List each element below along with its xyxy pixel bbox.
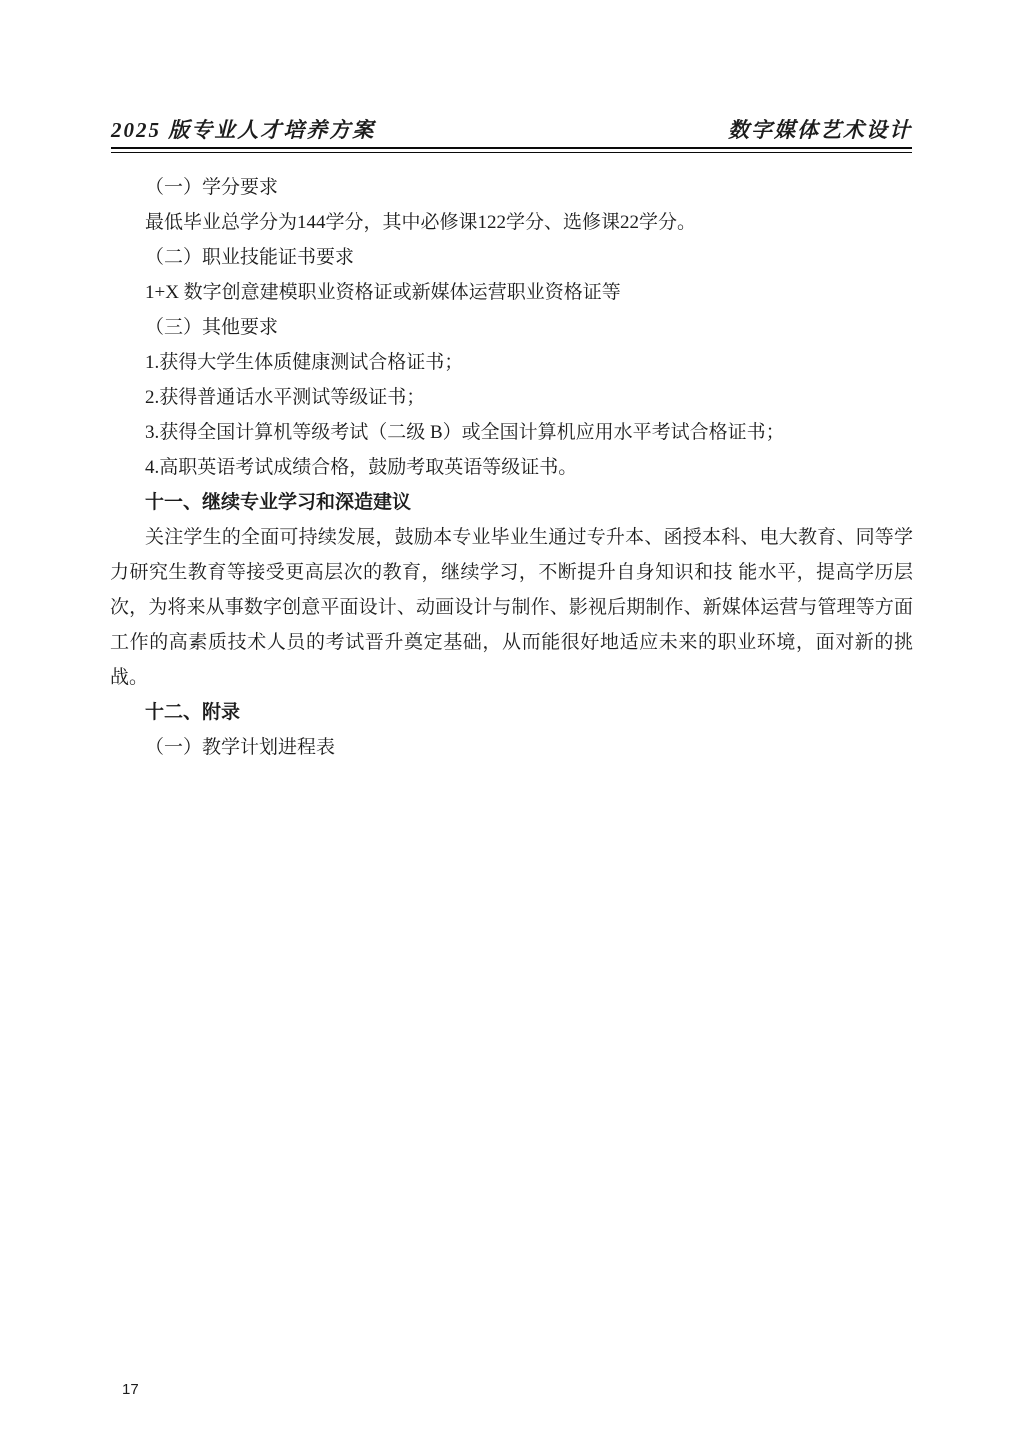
page-header: 2025 版专业人才培养方案 数字媒体艺术设计 bbox=[111, 114, 912, 144]
paragraph: 1+X 数字创意建模职业资格证或新媒体运营职业资格证等 bbox=[110, 275, 913, 310]
section-subheading: （二）职业技能证书要求 bbox=[110, 240, 913, 275]
list-item: 4.高职英语考试成绩合格，鼓励考取英语等级证书。 bbox=[110, 450, 913, 485]
header-right-title: 数字媒体艺术设计 bbox=[728, 114, 912, 144]
section-subheading: （一）教学计划进程表 bbox=[110, 730, 913, 765]
section-subheading: （一）学分要求 bbox=[110, 170, 913, 205]
list-item: 1.获得大学生体质健康测试合格证书； bbox=[110, 345, 913, 380]
paragraph: 关注学生的全面可持续发展，鼓励本专业毕业生通过专升本、函授本科、电大教育、同等学… bbox=[110, 520, 913, 695]
header-left-title: 2025 版专业人才培养方案 bbox=[111, 114, 375, 144]
paragraph: 最低毕业总学分为144学分，其中必修课122学分、选修课22学分。 bbox=[110, 205, 913, 240]
section-subheading: （三）其他要求 bbox=[110, 310, 913, 345]
page-number: 17 bbox=[122, 1381, 139, 1398]
document-page: 2025 版专业人才培养方案 数字媒体艺术设计 （一）学分要求 最低毕业总学分为… bbox=[0, 0, 1024, 1448]
list-item: 3.获得全国计算机等级考试（二级 B）或全国计算机应用水平考试合格证书； bbox=[110, 415, 913, 450]
header-divider-rule bbox=[111, 147, 912, 153]
section-heading: 十一、继续专业学习和深造建议 bbox=[110, 485, 913, 520]
list-item: 2.获得普通话水平测试等级证书； bbox=[110, 380, 913, 415]
section-heading: 十二、附录 bbox=[110, 695, 913, 730]
document-body: （一）学分要求 最低毕业总学分为144学分，其中必修课122学分、选修课22学分… bbox=[110, 170, 913, 765]
